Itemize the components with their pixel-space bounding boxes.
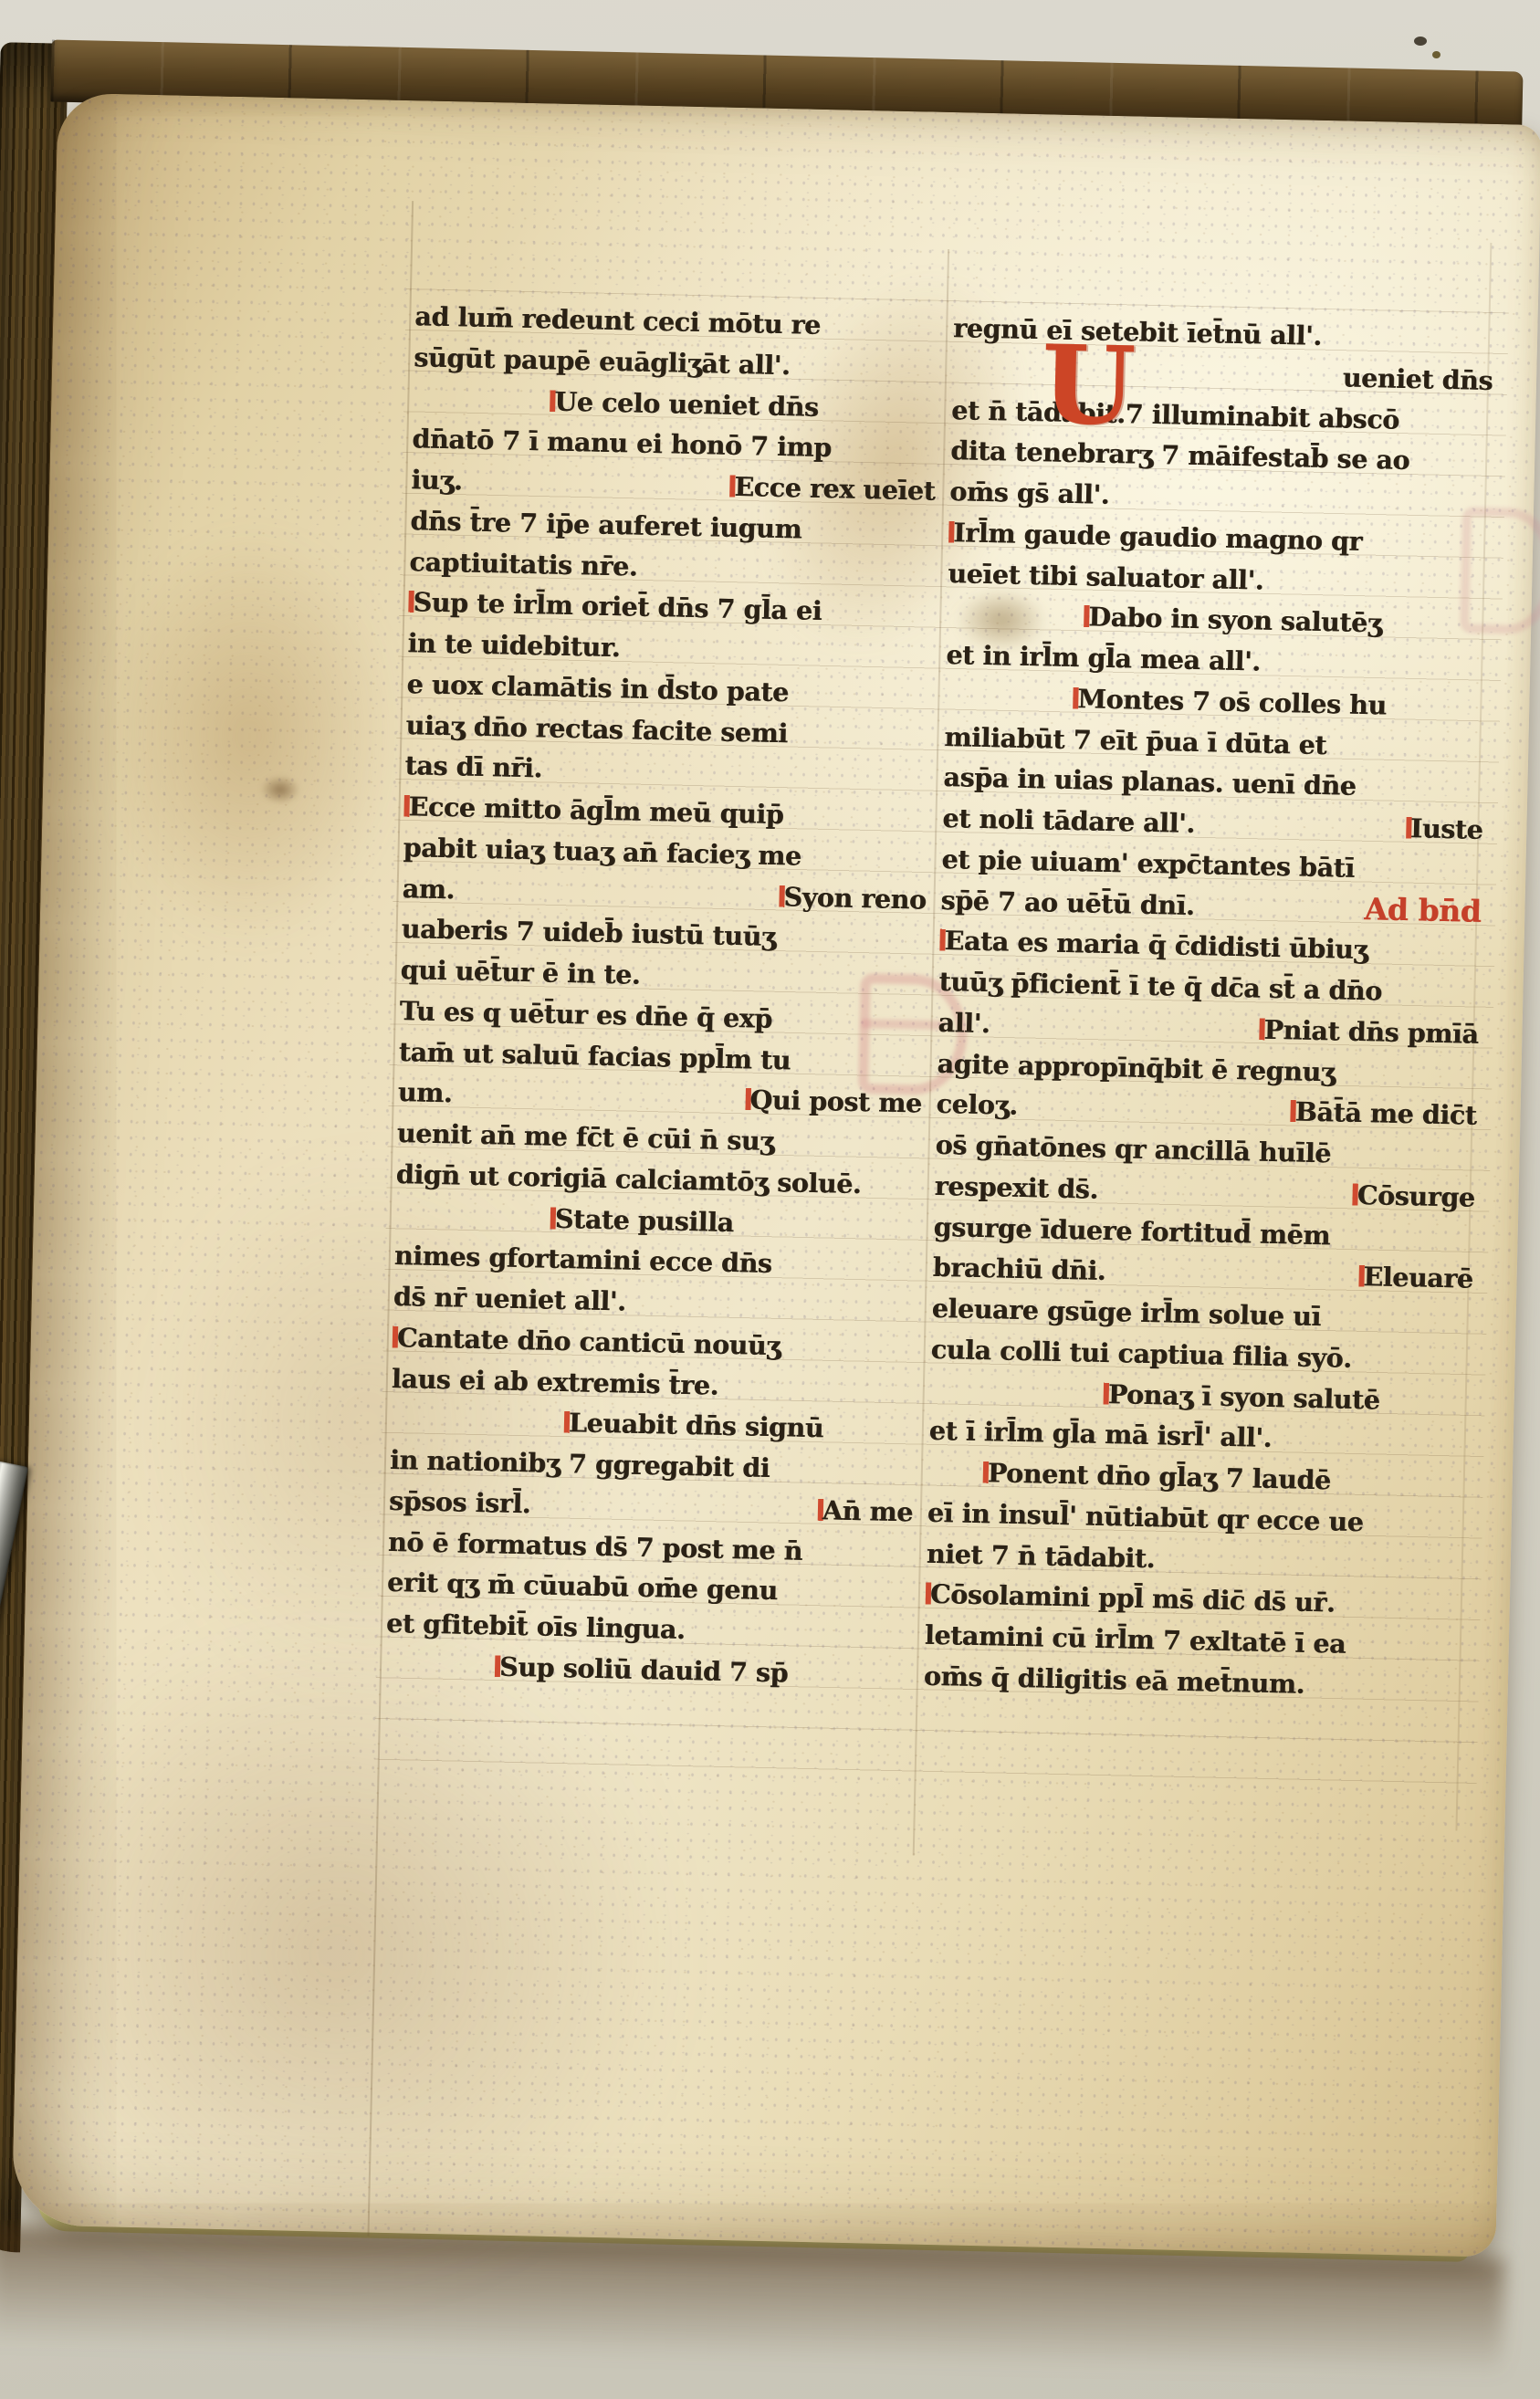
text-segment: eī in insul̄' nūtiabūt qr ecce ue	[927, 1497, 1364, 1537]
book: ad lum̄ redeunt ceci mōtu resūgūt paupē …	[0, 38, 1540, 2335]
text-segment: ui post me	[772, 1084, 923, 1119]
text-segment: dn̄atō 7 ī manu ei honō 7 imp	[412, 423, 832, 463]
text-segment: agite appropīnq̄bit ē regnuʒ	[937, 1047, 1336, 1087]
text-column-right: U regnū eī setebit īet̄nū all'.ueniet dn…	[924, 308, 1494, 1708]
text-segment: cce rex ueīet	[753, 471, 935, 506]
text-segment: ueīet tibi saluator all'.	[948, 558, 1264, 596]
text-segment: Tu es q uēt̄ur es dn̄e q̄ exp̄	[399, 995, 772, 1034]
text-segment: all'.	[938, 1007, 990, 1039]
text-segment: et pie uiuam' expc̄tantes bātī	[941, 843, 1355, 884]
text-segment: captiuitatis nr̄e.	[409, 546, 638, 581]
text-segment: ōsurge	[1378, 1179, 1475, 1212]
rubricated-capital: A	[818, 1494, 843, 1526]
text-segment: qui uēt̄ur ē in te.	[400, 954, 640, 990]
text-segment: up te irl̄m oriet̄ dn̄s 7 gl̄a ei	[431, 587, 822, 626]
rubricated-capital: E	[729, 471, 754, 503]
text-segment: in nationibʒ 7 ggregabit di	[390, 1444, 770, 1483]
text-segment: et in irl̄m gl̄a mea all'.	[946, 639, 1261, 677]
text-segment: ueniet dn̄s	[1342, 361, 1493, 396]
text-segment: letamini cū irl̄m 7 exltatē ī ea	[925, 1619, 1346, 1660]
rubricated-capital: C	[393, 1322, 418, 1354]
text-segment: abo in syon salutēʒ	[1110, 602, 1382, 638]
rubricated-capital: E	[403, 791, 428, 822]
text-segment: et ī irl̄m gl̄a mā isrl̄' all'.	[928, 1415, 1272, 1453]
text-segment: sp̄ē 7 ao uēt̄ū dnī.	[940, 884, 1195, 920]
wall-speck	[1432, 51, 1440, 58]
text-segment: dita tenebrarʒ 7 māifestab̄ se ao	[950, 435, 1410, 476]
text-segment: uiaʒ dn̄o rectas facite semi	[405, 709, 788, 749]
stain	[260, 775, 301, 805]
text-segment: uenit an̄ me fc̄t ē cūi n̄ suʒ	[396, 1117, 774, 1157]
rubricated-capital: U	[550, 385, 577, 417]
text-segment: ata es maria q̄ c̄didisti ūbiuʒ	[964, 926, 1368, 966]
text-segment: tuūʒ p̄ficient̄ ī te q̄ dc̄a st̄ a dn̄o	[938, 966, 1382, 1007]
text-segment: niet 7 n̄ tādabit.	[927, 1537, 1156, 1573]
text-segment: onent dn̄o gl̄aʒ 7 laudē	[1006, 1458, 1331, 1496]
text-segment: up soliū dauid 7 sp̄	[518, 1651, 789, 1688]
text-segment: erit qʒ m̄ cūuabū om̄e genu	[387, 1566, 778, 1606]
text-segment: uste	[1422, 812, 1483, 844]
text-segment: brachiū dn̄i.	[932, 1252, 1105, 1286]
text-segment: miliabūt 7 eīt p̄ua ī dūta et	[944, 720, 1326, 760]
text-segment: antate dn̄o canticū nouūʒ	[417, 1322, 781, 1361]
text-segment: laus ei ab extremis t̄re.	[392, 1362, 719, 1400]
text-segment: uaberis 7 uideb̄ iustū tuūʒ	[401, 913, 776, 952]
rubricated-capital: B	[1290, 1096, 1316, 1128]
text-segment: respexit ds̄.	[934, 1170, 1098, 1205]
text-segment: euabit dn̄s signū	[586, 1408, 823, 1444]
rubricated-capital: E	[1358, 1261, 1383, 1293]
rubricated-capital: E	[939, 925, 964, 957]
rubricated-capital: P	[983, 1457, 1007, 1489]
rubricated-capital: S	[550, 1202, 573, 1234]
rubricated-capital: M	[1073, 683, 1106, 715]
rubricated-capital: C	[1352, 1179, 1378, 1211]
text-segment: leuarē	[1382, 1262, 1473, 1294]
text-segment: om̄s q̄ diligitis eā met̄num.	[924, 1660, 1305, 1700]
rubricated-capital: S	[779, 881, 802, 913]
text-segment: dign̄ ut corigiā calciamtōʒ soluē.	[395, 1158, 861, 1199]
text-segment: os̄ gn̄atōnes qr ancillā huīlē	[935, 1129, 1331, 1168]
rubricated-capital: D	[1084, 602, 1111, 634]
text-segment: um.	[397, 1076, 452, 1108]
text-segment: et gfitebit̄ oīs lingua.	[386, 1608, 686, 1645]
text-segment: yon reno	[801, 881, 927, 915]
text-segment: cce mitto āgl̄m meū quip̄	[428, 791, 784, 830]
text-segment: om̄s gs̄ all'.	[949, 476, 1110, 510]
text-segment: et n̄ tādabit.7 illuminabit abscō	[951, 394, 1399, 435]
text-segment: et noli tādare all'.	[942, 802, 1195, 839]
rubricated-capital: P	[1259, 1013, 1283, 1045]
text-segment: pabit uiaʒ tuaʒ an̄ facieʒ me	[403, 832, 801, 872]
text-segment: ad lum̄ redeunt ceci mōtu re	[414, 300, 821, 340]
scene: ad lum̄ redeunt ceci mōtu resūgūt paupē …	[0, 0, 1540, 2399]
text-segment: nō ē formatus ds̄ 7 post me n̄	[388, 1525, 803, 1566]
text-column-left: ad lum̄ redeunt ceci mōtu resūgūt paupē …	[385, 296, 939, 1696]
rubricated-capital: L	[564, 1407, 587, 1439]
text-segment: onaʒ ī syon salutē	[1126, 1378, 1380, 1415]
text-segment: e celo ueniet dn̄s	[576, 386, 819, 423]
text-segment: am.	[402, 873, 455, 905]
rubricated-capital: I	[948, 517, 966, 548]
drop-cap-initial-U: U	[1041, 342, 1136, 428]
rubricated-capital: C	[926, 1578, 951, 1610]
text-segment: sp̄sos isrl̄.	[389, 1485, 531, 1519]
text-segment: nimes gfortamini ecce dn̄s	[394, 1240, 772, 1279]
text-segment: dn̄s t̄re 7 ip̄e auferet iugum	[410, 505, 801, 544]
text-segment: celoʒ.	[936, 1088, 1018, 1121]
manuscript-page: ad lum̄ redeunt ceci mōtu resūgūt paupē …	[12, 93, 1540, 2258]
rubricated-capital: P	[1103, 1378, 1126, 1409]
text-segment: cula colli tui captiua filia syō.	[930, 1334, 1352, 1374]
text-segment: ontes 7 os̄ colles hu	[1105, 684, 1387, 721]
wall-speck	[1414, 37, 1427, 46]
text-segment: asp̄a in uias planas. uenī dn̄e	[943, 761, 1357, 801]
text-segment: sūgūt paupē euāgliʒāt all'.	[414, 341, 791, 381]
stain	[94, 523, 404, 949]
text-segment: āt̄ā me dic̄t	[1316, 1096, 1477, 1131]
rubricated-capital: I	[1406, 812, 1423, 843]
text-segment: rl̄m gaude gaudio magno qr	[965, 517, 1363, 556]
text-segment: iuʒ.	[411, 464, 463, 496]
text-segment: e uox clamātis in d̄sto pate	[406, 668, 789, 707]
text-segment: ds̄ nr̄ ueniet all'.	[393, 1281, 626, 1317]
rubricated-capital: Q	[745, 1084, 772, 1116]
text-segment: eleuare gsūge irl̄m solue uī	[931, 1293, 1321, 1332]
text-segment: niat dn̄s pmīā	[1283, 1014, 1479, 1050]
rubricated-capital: S	[408, 586, 432, 618]
rubricated-capital: S	[495, 1650, 519, 1682]
text-segment: n̄ me	[842, 1495, 913, 1528]
text-segment: regnū eī setebit īet̄nū all'.	[953, 312, 1322, 351]
text-segment: tate pusilla	[573, 1203, 734, 1238]
text-segment: tam̄ ut saluū facias ppl̄m tu	[398, 1036, 791, 1075]
text-segment: ōsolamini ppl̄ ms̄ dic̄ ds̄ ur̄.	[950, 1579, 1336, 1619]
text-segment: in te uidebitur.	[407, 627, 621, 663]
text-segment: tas dī nr̄i.	[404, 749, 542, 783]
stain	[0, 1598, 691, 2307]
rubric-text: Ad bn̄d	[1364, 891, 1482, 929]
text-segment: gsurge īduere fortitud̄ mēm	[933, 1210, 1330, 1250]
